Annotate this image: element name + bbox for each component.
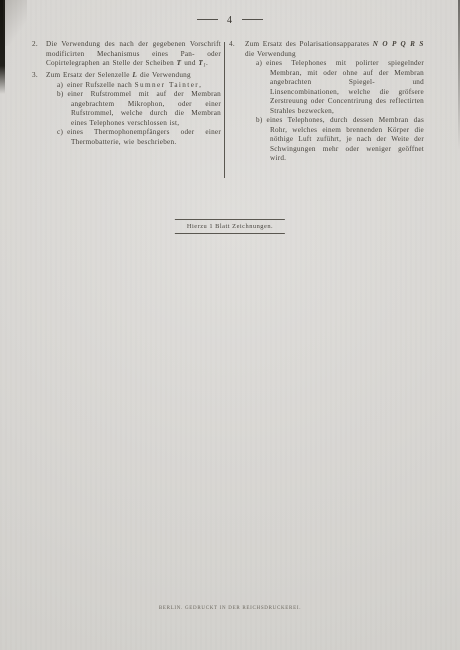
subitem-label: a) bbox=[57, 81, 67, 89]
column-divider-rule bbox=[224, 42, 225, 178]
claim-text-run: eines Telephones mit polirter spiegeln­d… bbox=[266, 59, 424, 115]
claim-text-run: Zum Ersatz des Polarisationsapparates bbox=[245, 40, 373, 48]
claim-subitem: b)einer Rufstrommel mit auf der Mem­bran… bbox=[46, 90, 221, 128]
claim-text-run: , bbox=[199, 81, 201, 89]
claim-number: 4. bbox=[229, 40, 235, 50]
claim-item: 4.Zum Ersatz des Polarisationsapparates … bbox=[229, 40, 424, 164]
reference-letter: N O P Q R S bbox=[373, 40, 424, 48]
claim-text-run: . bbox=[206, 59, 208, 67]
claim-item: 2.Die Verwendung des nach der gegebenen … bbox=[30, 40, 221, 71]
claims-column-right: 4.Zum Ersatz des Polarisationsapparates … bbox=[229, 40, 424, 164]
claim-item: 3.Zum Ersatz der Selenzelle L die Ver­we… bbox=[30, 71, 221, 147]
claim-body: Die Verwendung des nach der gegebenen Vo… bbox=[46, 40, 221, 71]
page-header: 4 bbox=[0, 10, 460, 28]
claim-text-run: Zum Ersatz der Selenzelle bbox=[46, 71, 132, 79]
subitem-label: b) bbox=[256, 116, 267, 124]
claims-column-left: 2.Die Verwendung des nach der gegebenen … bbox=[30, 40, 221, 147]
subitem-label: a) bbox=[256, 59, 266, 67]
claim-number: 2. bbox=[32, 40, 38, 50]
subitem-label: b) bbox=[57, 90, 68, 98]
claim-text-run: die Verwendung bbox=[245, 50, 296, 58]
claim-subitem: c)eines Thermophonempfängers oder einer … bbox=[46, 128, 221, 147]
claim-subitem: a)eines Telephones mit polirter spiegeln… bbox=[245, 59, 424, 116]
claim-text-run: eines Thermophonempfängers oder einer Th… bbox=[67, 128, 221, 146]
claim-text-run: eines Telephones, durch dessen Mem­bran … bbox=[267, 116, 425, 162]
header-rule-left bbox=[197, 19, 218, 20]
header-rule-right bbox=[242, 19, 263, 20]
claim-body: Zum Ersatz der Selenzelle L die Ver­wend… bbox=[46, 71, 221, 81]
claim-body: Zum Ersatz des Polarisationsapparates N … bbox=[245, 40, 424, 59]
letterspaced-name: Sumner Tainter bbox=[135, 81, 199, 89]
claim-subitem: a)einer Rufszelle nach Sumner Tainter, bbox=[46, 81, 221, 91]
subitem-label: c) bbox=[57, 128, 67, 136]
scanned-patent-page: 4 2.Die Verwendung des nach der gegebene… bbox=[0, 0, 460, 650]
claim-text-run: einer Rufszelle nach bbox=[67, 81, 135, 89]
page-number: 4 bbox=[227, 15, 233, 26]
claim-subitem: b)eines Telephones, durch dessen Mem­bra… bbox=[245, 116, 424, 164]
drawings-note-box: Hierzu 1 Blatt Zeichnungen. bbox=[175, 219, 285, 234]
claim-number: 3. bbox=[32, 71, 38, 81]
imprint-footer: BERLIN. GEDRUCKT IN DER REICHSDRUCKEREI. bbox=[0, 606, 460, 611]
drawings-note-text: Hierzu 1 Blatt Zeichnungen. bbox=[187, 223, 273, 230]
claim-text-run: einer Rufstrommel mit auf der Mem­bran a… bbox=[68, 90, 222, 127]
claim-text-run: die Ver­wendung bbox=[137, 71, 191, 79]
claim-text-run: und bbox=[182, 59, 199, 67]
